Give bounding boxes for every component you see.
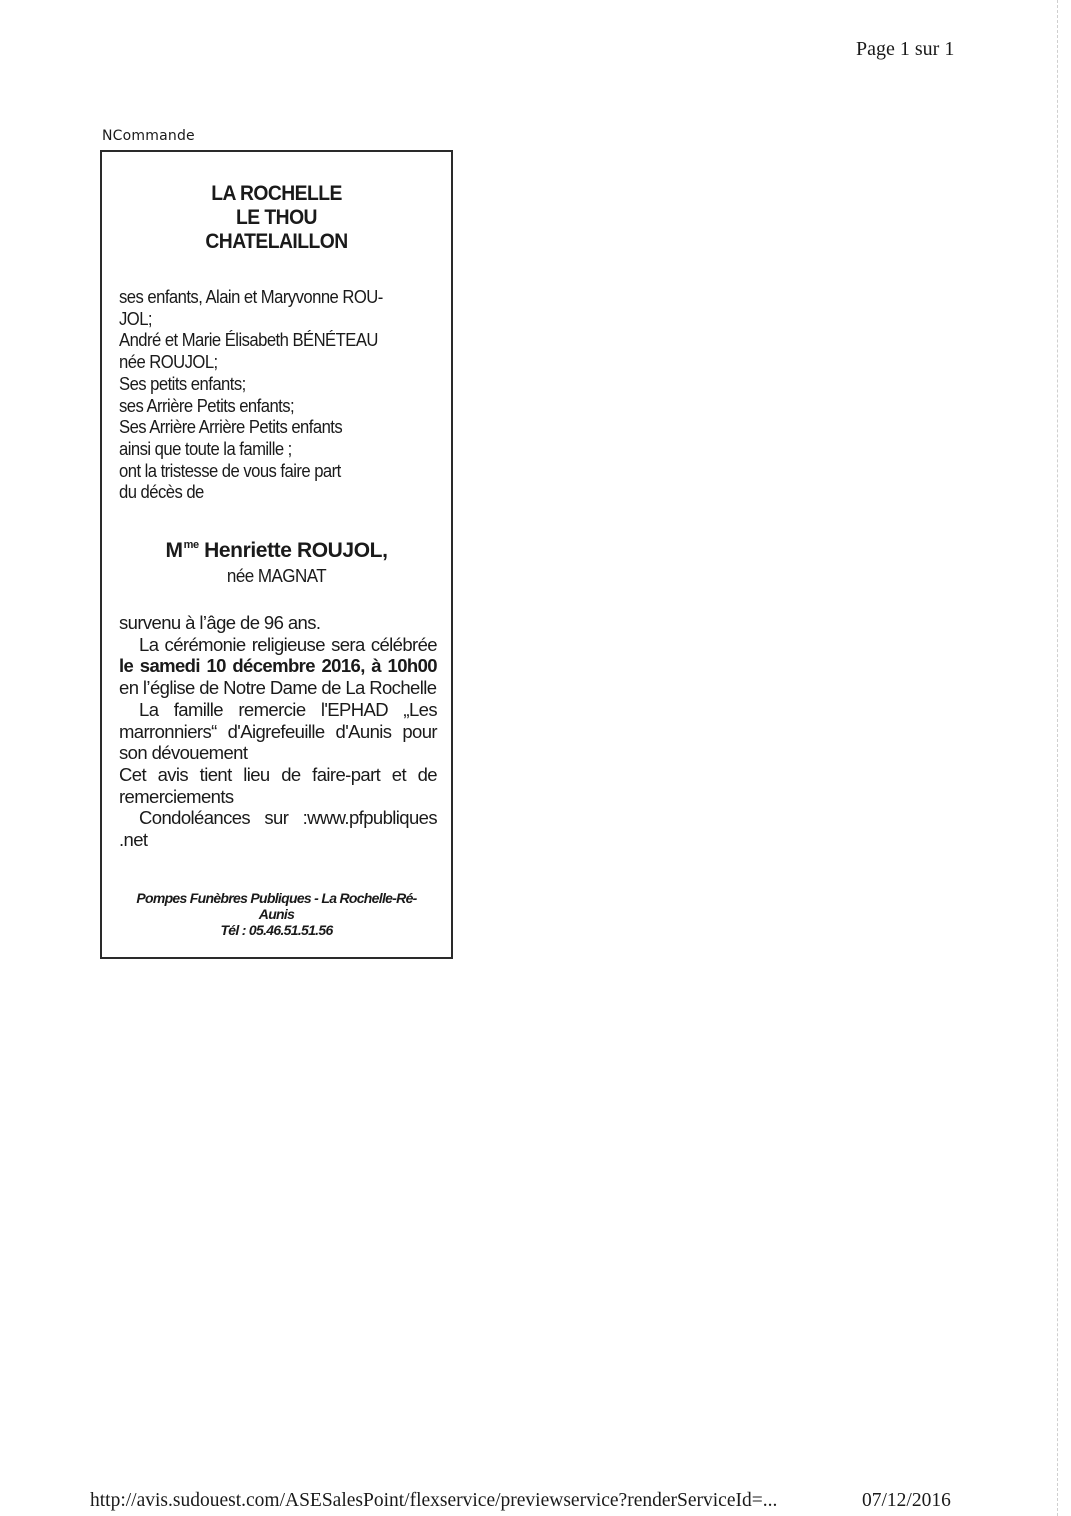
notice-locations: LA ROCHELLE LE THOU CHATELAILLON bbox=[116, 182, 437, 254]
obituary-notice: LA ROCHELLE LE THOU CHATELAILLON ses enf… bbox=[100, 150, 453, 959]
family-line: JOL; bbox=[119, 308, 405, 330]
order-label: NCommande bbox=[102, 128, 195, 144]
funeral-home-phone: Tél : 05.46.51.51.56 bbox=[102, 922, 451, 938]
funeral-home-name-cont: Aunis bbox=[102, 906, 451, 922]
family-line: ses Arrière Petits enfants; bbox=[119, 395, 405, 417]
age-line: survenu à l’âge de 96 ans. bbox=[119, 612, 437, 634]
ceremony-prefix: La cérémonie religieuse sera célébrée bbox=[139, 634, 437, 655]
family-line: Ses Arrière Arrière Petits enfants bbox=[119, 416, 405, 438]
family-line: du décès de bbox=[119, 481, 405, 503]
print-date: 07/12/2016 bbox=[862, 1490, 951, 1512]
family-line: Ses petits enfants; bbox=[119, 373, 405, 395]
family-list: ses enfants, Alain et Maryvonne ROU- JOL… bbox=[119, 286, 437, 503]
notice-paragraph: Cet avis tient lieu de faire-part et de … bbox=[119, 764, 437, 807]
ceremony-suffix: en l’église de Notre Dame de La Rochelle bbox=[119, 677, 436, 698]
family-line: ainsi que toute la famille ; bbox=[119, 438, 405, 460]
notice-details: survenu à l’âge de 96 ans. La cérémonie … bbox=[119, 612, 437, 851]
deceased-title: M bbox=[165, 539, 182, 562]
family-line: ont la tristesse de vous faire part bbox=[119, 460, 405, 482]
deceased-maiden-name: née MAGNAT bbox=[116, 564, 437, 588]
family-line: André et Marie Élisabeth BÉNÉTEAU bbox=[119, 329, 405, 351]
location-line: LA ROCHELLE bbox=[116, 182, 437, 206]
page-indicator: Page 1 sur 1 bbox=[856, 38, 954, 61]
deceased-name: Mme Henriette ROUJOL, bbox=[102, 532, 451, 564]
funeral-home-name: Pompes Funèbres Publiques - La Rochelle-… bbox=[102, 890, 451, 906]
ceremony-date: le samedi 10 décembre 2016, à 10h00 bbox=[119, 655, 437, 676]
deceased-block: Mme Henriette ROUJOL, née MAGNAT bbox=[102, 532, 451, 588]
location-line: LE THOU bbox=[116, 206, 437, 230]
source-url: http://avis.sudouest.com/ASESalesPoint/f… bbox=[90, 1490, 777, 1512]
thanks-paragraph: La famille remercie l'EPHAD „Les marronn… bbox=[119, 699, 437, 764]
location-line: CHATELAILLON bbox=[116, 230, 437, 254]
deceased-title-sup: me bbox=[184, 539, 199, 551]
ceremony-paragraph: La cérémonie religieuse sera célébrée le… bbox=[119, 634, 437, 699]
funeral-home-block: Pompes Funèbres Publiques - La Rochelle-… bbox=[102, 890, 451, 938]
family-line: née ROUJOL; bbox=[119, 351, 405, 373]
page-edge-divider bbox=[1057, 0, 1058, 1516]
condolences-paragraph: Condoléances sur :www.pfpubliques .net bbox=[119, 807, 437, 850]
family-line: ses enfants, Alain et Maryvonne ROU- bbox=[119, 286, 405, 308]
deceased-fullname: Henriette ROUJOL, bbox=[204, 539, 387, 562]
